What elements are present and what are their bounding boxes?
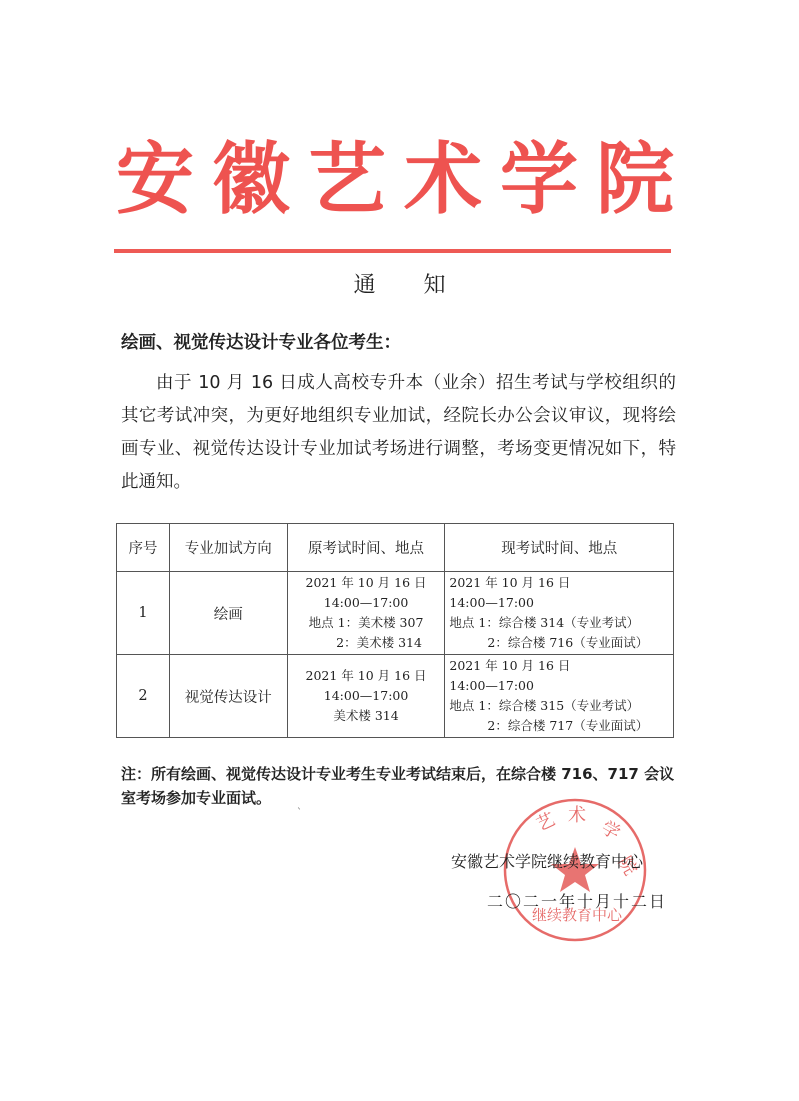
cell-no: 1 bbox=[117, 572, 170, 655]
cell-original: 2021 年 10 月 16 日 14:00—17:00 美术楼 314 bbox=[287, 655, 445, 738]
institution-masthead: 安 徽 艺 术 学 院 bbox=[115, 128, 675, 218]
masthead-char: 学 bbox=[499, 117, 579, 229]
header-major: 专业加试方向 bbox=[169, 524, 287, 572]
cell-line: 2：综合楼 717（专业面试） bbox=[449, 716, 669, 736]
cell-major: 绘画 bbox=[169, 572, 287, 655]
body-text: 由于 10 月 16 日成人高校专升本（业余）招生考试与学校组织的其它考试冲突，… bbox=[121, 367, 676, 499]
table-row: 2 视觉传达设计 2021 年 10 月 16 日 14:00—17:00 美术… bbox=[117, 655, 674, 738]
masthead-char: 徽 bbox=[211, 117, 291, 229]
svg-text:艺: 艺 bbox=[533, 809, 558, 836]
cell-line: 2：美术楼 314 bbox=[292, 633, 441, 653]
cell-major: 视觉传达设计 bbox=[169, 655, 287, 738]
cell-current: 2021 年 10 月 16 日 14:00—17:00 地点 1：综合楼 31… bbox=[445, 655, 674, 738]
table-header-row: 序号 专业加试方向 原考试时间、地点 现考试时间、地点 bbox=[117, 524, 674, 572]
notice-title-char: 知 bbox=[424, 273, 446, 298]
cell-line: 2021 年 10 月 16 日 bbox=[292, 666, 441, 686]
cell-line: 2021 年 10 月 16 日 bbox=[449, 656, 669, 676]
cell-current: 2021 年 10 月 16 日 14:00—17:00 地点 1：综合楼 31… bbox=[445, 572, 674, 655]
cell-line: 地点 1：综合楼 315（专业考试） bbox=[449, 696, 669, 716]
masthead-char: 艺 bbox=[307, 117, 387, 229]
masthead-char: 院 bbox=[595, 117, 675, 229]
cell-line: 2：综合楼 716（专业面试） bbox=[449, 633, 669, 653]
issue-date: 二〇二一年十月十二日 bbox=[487, 889, 667, 912]
cell-line: 2021 年 10 月 16 日 bbox=[292, 573, 441, 593]
header-current: 现考试时间、地点 bbox=[445, 524, 674, 572]
cell-original: 2021 年 10 月 16 日 14:00—17:00 地点 1：美术楼 30… bbox=[287, 572, 445, 655]
header-no: 序号 bbox=[117, 524, 170, 572]
table-row: 1 绘画 2021 年 10 月 16 日 14:00—17:00 地点 1：美… bbox=[117, 572, 674, 655]
cell-line: 14:00—17:00 bbox=[449, 593, 669, 613]
svg-text:术: 术 bbox=[568, 805, 586, 826]
notice-title: 通知 bbox=[0, 268, 799, 299]
scan-mark: ` bbox=[297, 808, 302, 819]
schedule-table: 序号 专业加试方向 原考试时间、地点 现考试时间、地点 1 绘画 2021 年 … bbox=[116, 523, 674, 738]
salutation: 绘画、视觉传达设计专业各位考生： bbox=[121, 329, 401, 354]
masthead-char: 术 bbox=[403, 117, 483, 229]
masthead-divider bbox=[114, 249, 671, 253]
cell-line: 2021 年 10 月 16 日 bbox=[449, 573, 669, 593]
cell-line: 美术楼 314 bbox=[292, 706, 441, 726]
svg-text:学: 学 bbox=[598, 817, 624, 844]
header-original: 原考试时间、地点 bbox=[287, 524, 445, 572]
body-paragraph: 由于 10 月 16 日成人高校专升本（业余）招生考试与学校组织的其它考试冲突，… bbox=[121, 367, 676, 499]
cell-no: 2 bbox=[117, 655, 170, 738]
cell-line: 14:00—17:00 bbox=[292, 686, 441, 706]
cell-line: 地点 1：美术楼 307 bbox=[292, 613, 441, 633]
issuer-name: 安徽艺术学院继续教育中心 bbox=[451, 849, 643, 872]
cell-line: 地点 1：综合楼 314（专业考试） bbox=[449, 613, 669, 633]
cell-line: 14:00—17:00 bbox=[449, 676, 669, 696]
cell-line: 14:00—17:00 bbox=[292, 593, 441, 613]
notice-title-char: 通 bbox=[353, 273, 375, 298]
masthead-char: 安 bbox=[115, 117, 195, 229]
